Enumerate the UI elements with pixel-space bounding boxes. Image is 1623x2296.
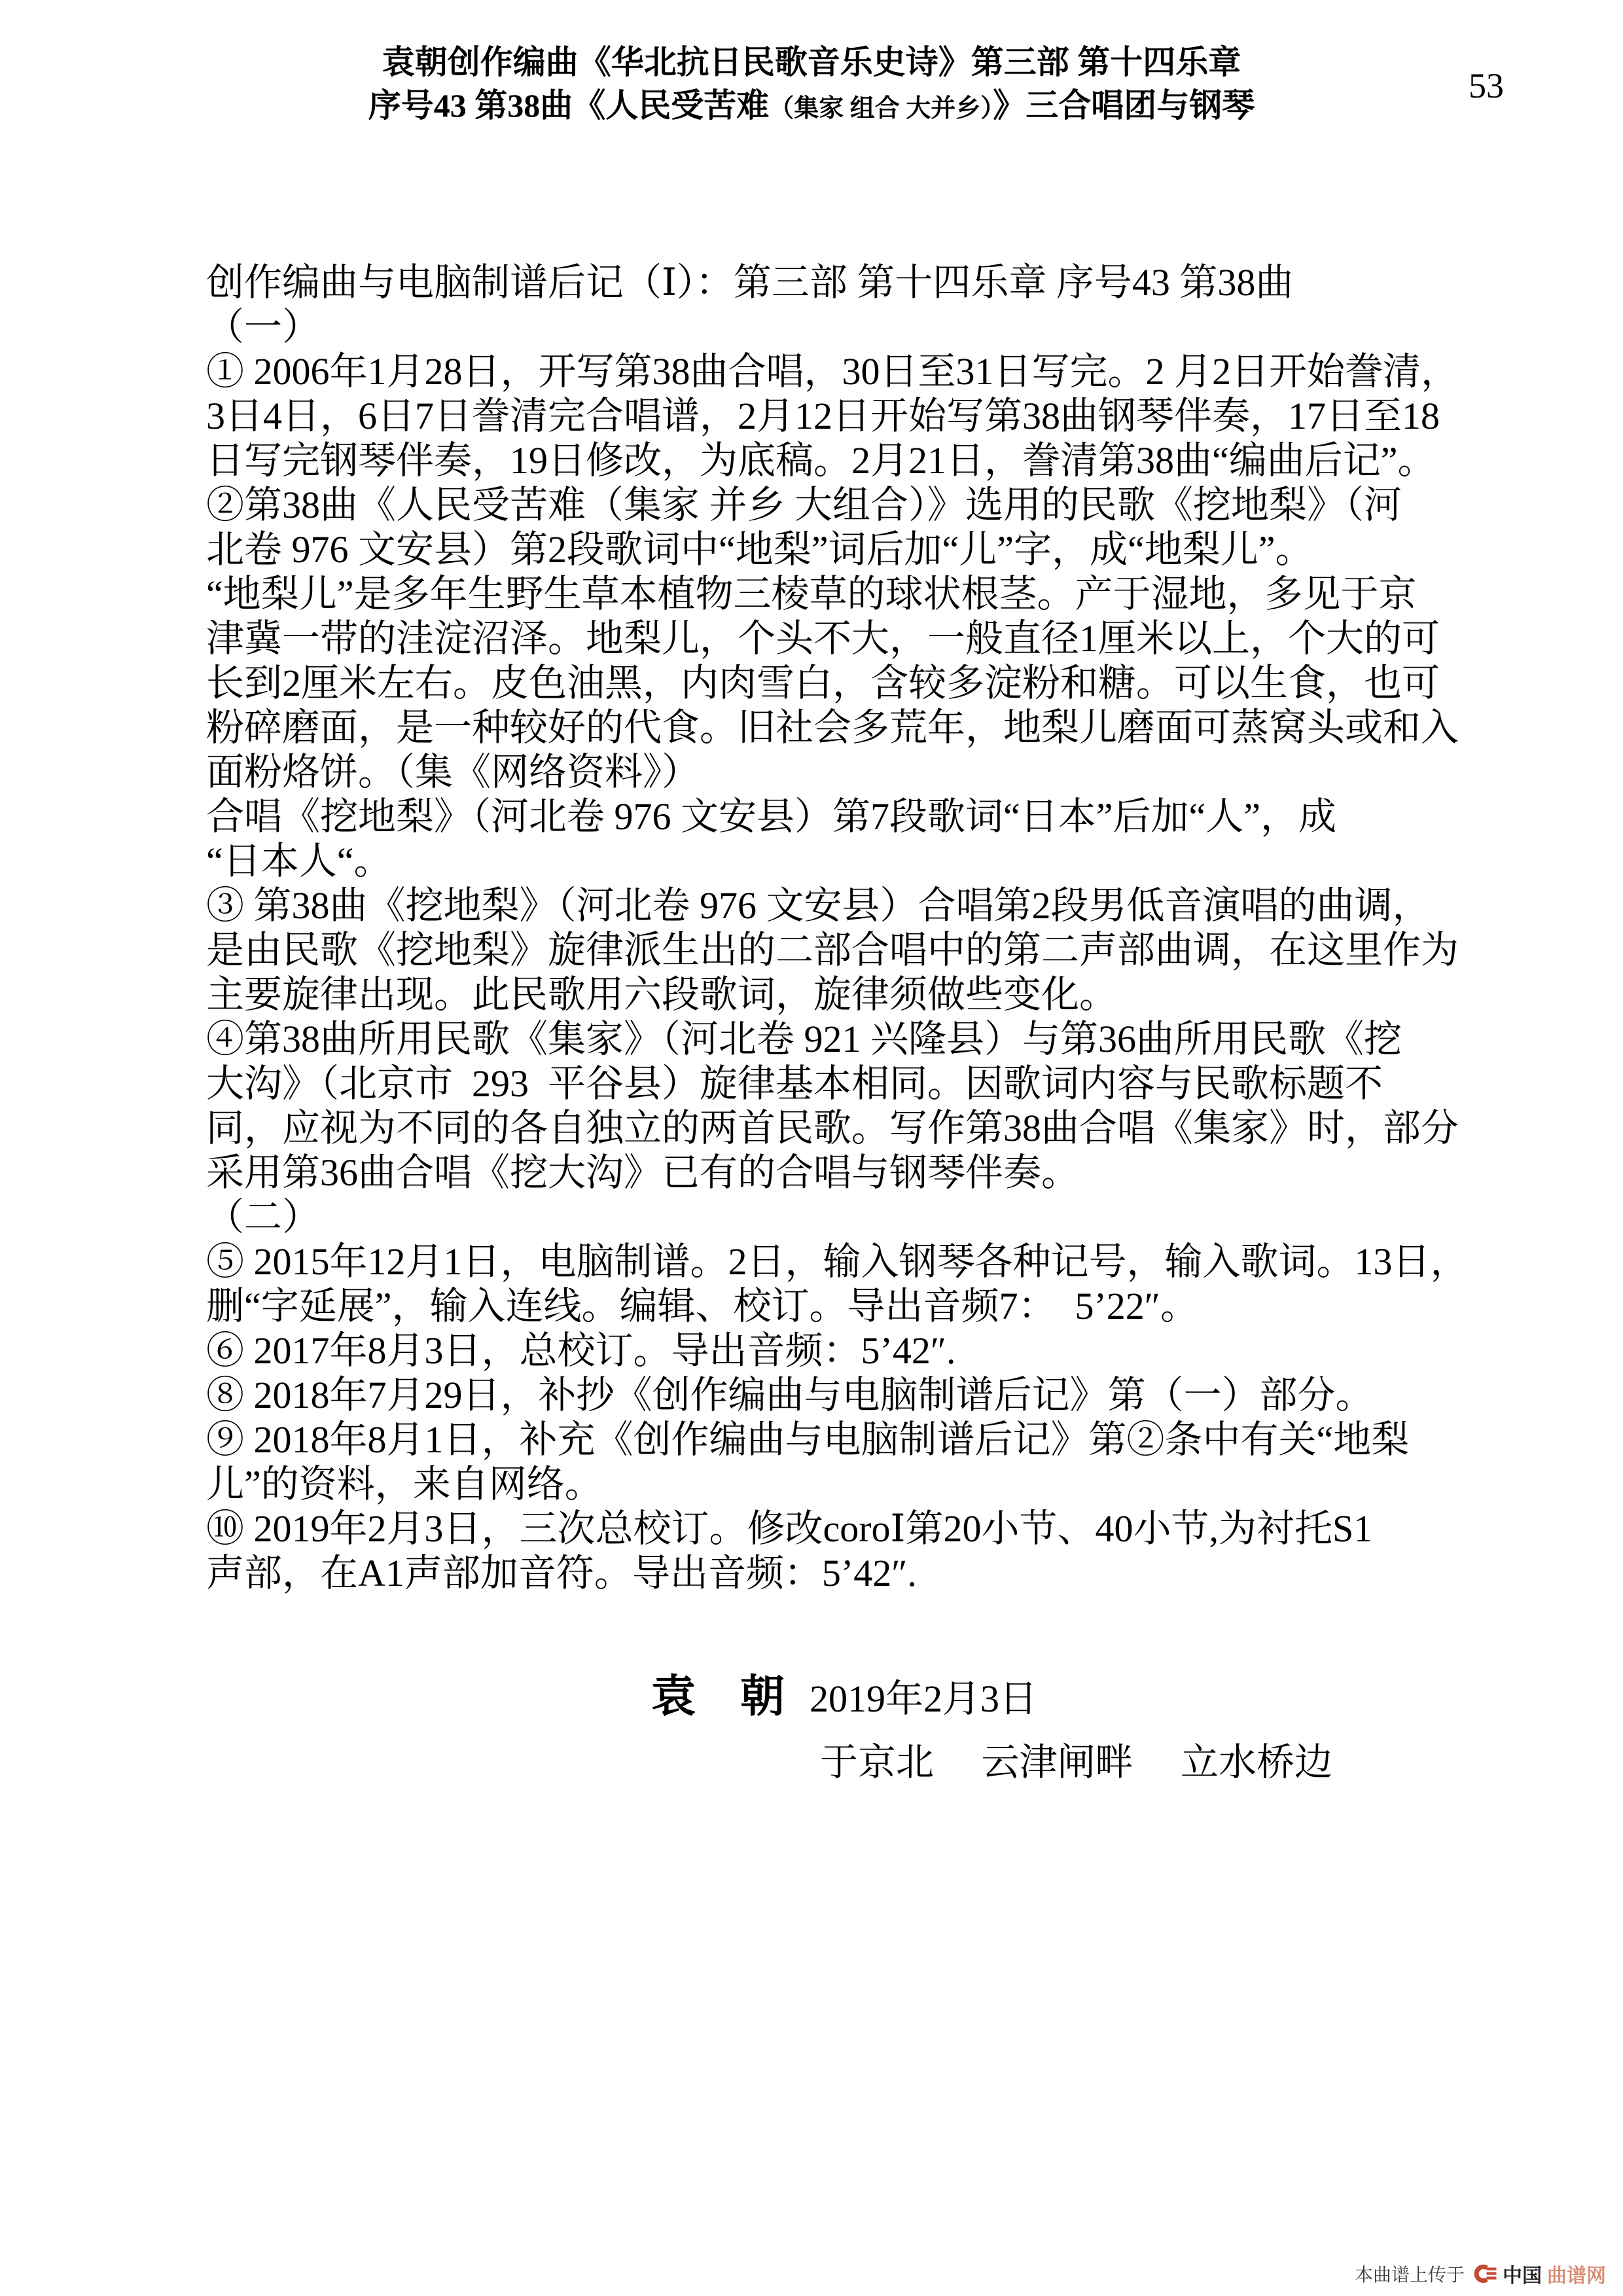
title-line-1: 袁朝创作编曲《华北抗日民歌音乐史诗》第三部 第十四乐章	[0, 41, 1623, 84]
brand-name-cn: 中国	[1503, 2259, 1542, 2288]
body-text-line: ⑤ 2015年12月1日，电脑制谱。2日，输入钢琴各种记号，输入歌词。13日，	[206, 1240, 1453, 1284]
body-text-line: 粉碎磨面，是一种较好的代食。旧社会多荒年，地梨儿磨面可蒸窝头或和入	[206, 706, 1453, 750]
body-text-line: ②第38曲《人民受苦难（集家 并乡 大组合）》选用的民歌《挖地梨》（河	[206, 483, 1453, 528]
page-number: 53	[1469, 65, 1504, 106]
body-text-line: （二）	[206, 1195, 1453, 1240]
title-line-2-subtitle: （集家 组合 大并乡）	[769, 95, 993, 122]
body-text-line: 大沟》（北京市 293 平谷县）旋律基本相同。因歌词内容与民歌标题不	[206, 1062, 1453, 1106]
page-header: 袁朝创作编曲《华北抗日民歌音乐史诗》第三部 第十四乐章 序号43 第38曲《人民…	[0, 41, 1623, 130]
watermark-text: 本曲谱上传于	[1355, 2261, 1465, 2287]
body-text-line: “地梨儿”是多年生野生草本植物三棱草的球状根茎。产于湿地，多见于京	[206, 572, 1453, 617]
body-text-line: 长到2厘米左右。皮色油黑，内肉雪白，含较多淀粉和糖。可以生食，也可	[206, 661, 1453, 706]
body-text-line: 同，应视为不同的各自独立的两首民歌。写作第38曲合唱《集家》时，部分	[206, 1106, 1453, 1151]
title-line-2: 序号43 第38曲《人民受苦难（集家 组合 大并乡）》三合唱团与钢琴	[0, 84, 1623, 130]
body-text-line: 声部，在A1声部加音符。导出音频：5’42″.	[206, 1551, 1453, 1596]
site-watermark: 本曲谱上传于 中国 曲谱网	[1355, 2259, 1606, 2288]
postscript-body: 创作编曲与电脑制谱后记（Ⅰ）：第三部 第十四乐章 序号43 第38曲（一）① 2…	[206, 260, 1453, 1596]
body-text-line: 删“字延展”，输入连线。编辑、校订。导出音频7： 5’22″。	[206, 1284, 1453, 1329]
body-text-line: ① 2006年1月28日，开写第38曲合唱，30日至31日写完。2 月2日开始誊…	[206, 350, 1453, 394]
body-text-line: 采用第36曲合唱《挖大沟》已有的合唱与钢琴伴奏。	[206, 1151, 1453, 1195]
body-text-line: （一）	[206, 305, 1453, 350]
body-text-line: 面粉烙饼。（集《网络资料》）	[206, 750, 1453, 795]
brand-name-site: 曲谱网	[1547, 2259, 1606, 2288]
document-page: 袁朝创作编曲《华北抗日民歌音乐史诗》第三部 第十四乐章 序号43 第38曲《人民…	[0, 0, 1623, 2296]
body-text-line: 儿”的资料，来自网络。	[206, 1462, 1453, 1507]
body-text-line: 日写完钢琴伴奏，19日修改，为底稿。2月21日，誊清第38曲“编曲后记”。	[206, 439, 1453, 483]
body-text-line: 津冀一带的洼淀沼泽。地梨儿，个头不大，一般直径1厘米以上，个大的可	[206, 617, 1453, 661]
body-text-line: ④第38曲所用民歌《集家》（河北卷 921 兴隆县）与第36曲所用民歌《挖	[206, 1017, 1453, 1062]
body-text-line: ⑨ 2018年8月1日，补充《创作编曲与电脑制谱后记》第②条中有关“地梨	[206, 1418, 1453, 1462]
body-text-line: 是由民歌《挖地梨》旋律派生出的二部合唱中的第二声部曲调，在这里作为	[206, 928, 1453, 973]
signature-date: 2019年2月3日	[810, 1668, 1037, 1723]
body-text-line: 合唱《挖地梨》（河北卷 976 文安县）第7段歌词“日本”后加“人”，成	[206, 795, 1453, 839]
music-site-logo-icon	[1472, 2264, 1499, 2284]
body-text-line: ⑥ 2017年8月3日，总校订。导出音频：5’42″.	[206, 1329, 1453, 1373]
body-text-line: 创作编曲与电脑制谱后记（Ⅰ）：第三部 第十四乐章 序号43 第38曲	[206, 260, 1453, 305]
signature-row: 袁 朝 2019年2月3日	[651, 1661, 1332, 1725]
author-name: 袁 朝	[651, 1661, 785, 1725]
title-line-2-pre: 序号43 第38曲《人民受苦难	[368, 87, 770, 124]
signature-location: 于京北 云津闸畔 立水桥边	[820, 1731, 1332, 1786]
body-text-line: “日本人“。	[206, 839, 1453, 884]
body-text-line: ③ 第38曲《挖地梨》（河北卷 976 文安县）合唱第2段男低音演唱的曲调，	[206, 884, 1453, 928]
body-text-line: ⑩ 2019年2月3日，三次总校订。修改coroⅠ第20小节、40小节,为衬托S…	[206, 1507, 1453, 1551]
signature-block: 袁 朝 2019年2月3日 于京北 云津闸畔 立水桥边	[651, 1661, 1332, 1786]
body-text-line: 主要旋律出现。此民歌用六段歌词，旋律须做些变化。	[206, 973, 1453, 1017]
body-text-line: 北卷 976 文安县）第2段歌词中“地梨”词后加“儿”字，成“地梨儿”。	[206, 528, 1453, 572]
body-text-line: ⑧ 2018年7月29日，补抄《创作编曲与电脑制谱后记》第（一）部分。	[206, 1373, 1453, 1418]
body-text-line: 3日4日，6日7日誊清完合唱谱，2月12日开始写第38曲钢琴伴奏，17日至18	[206, 394, 1453, 439]
title-line-2-post: 》三合唱团与钢琴	[993, 87, 1255, 124]
